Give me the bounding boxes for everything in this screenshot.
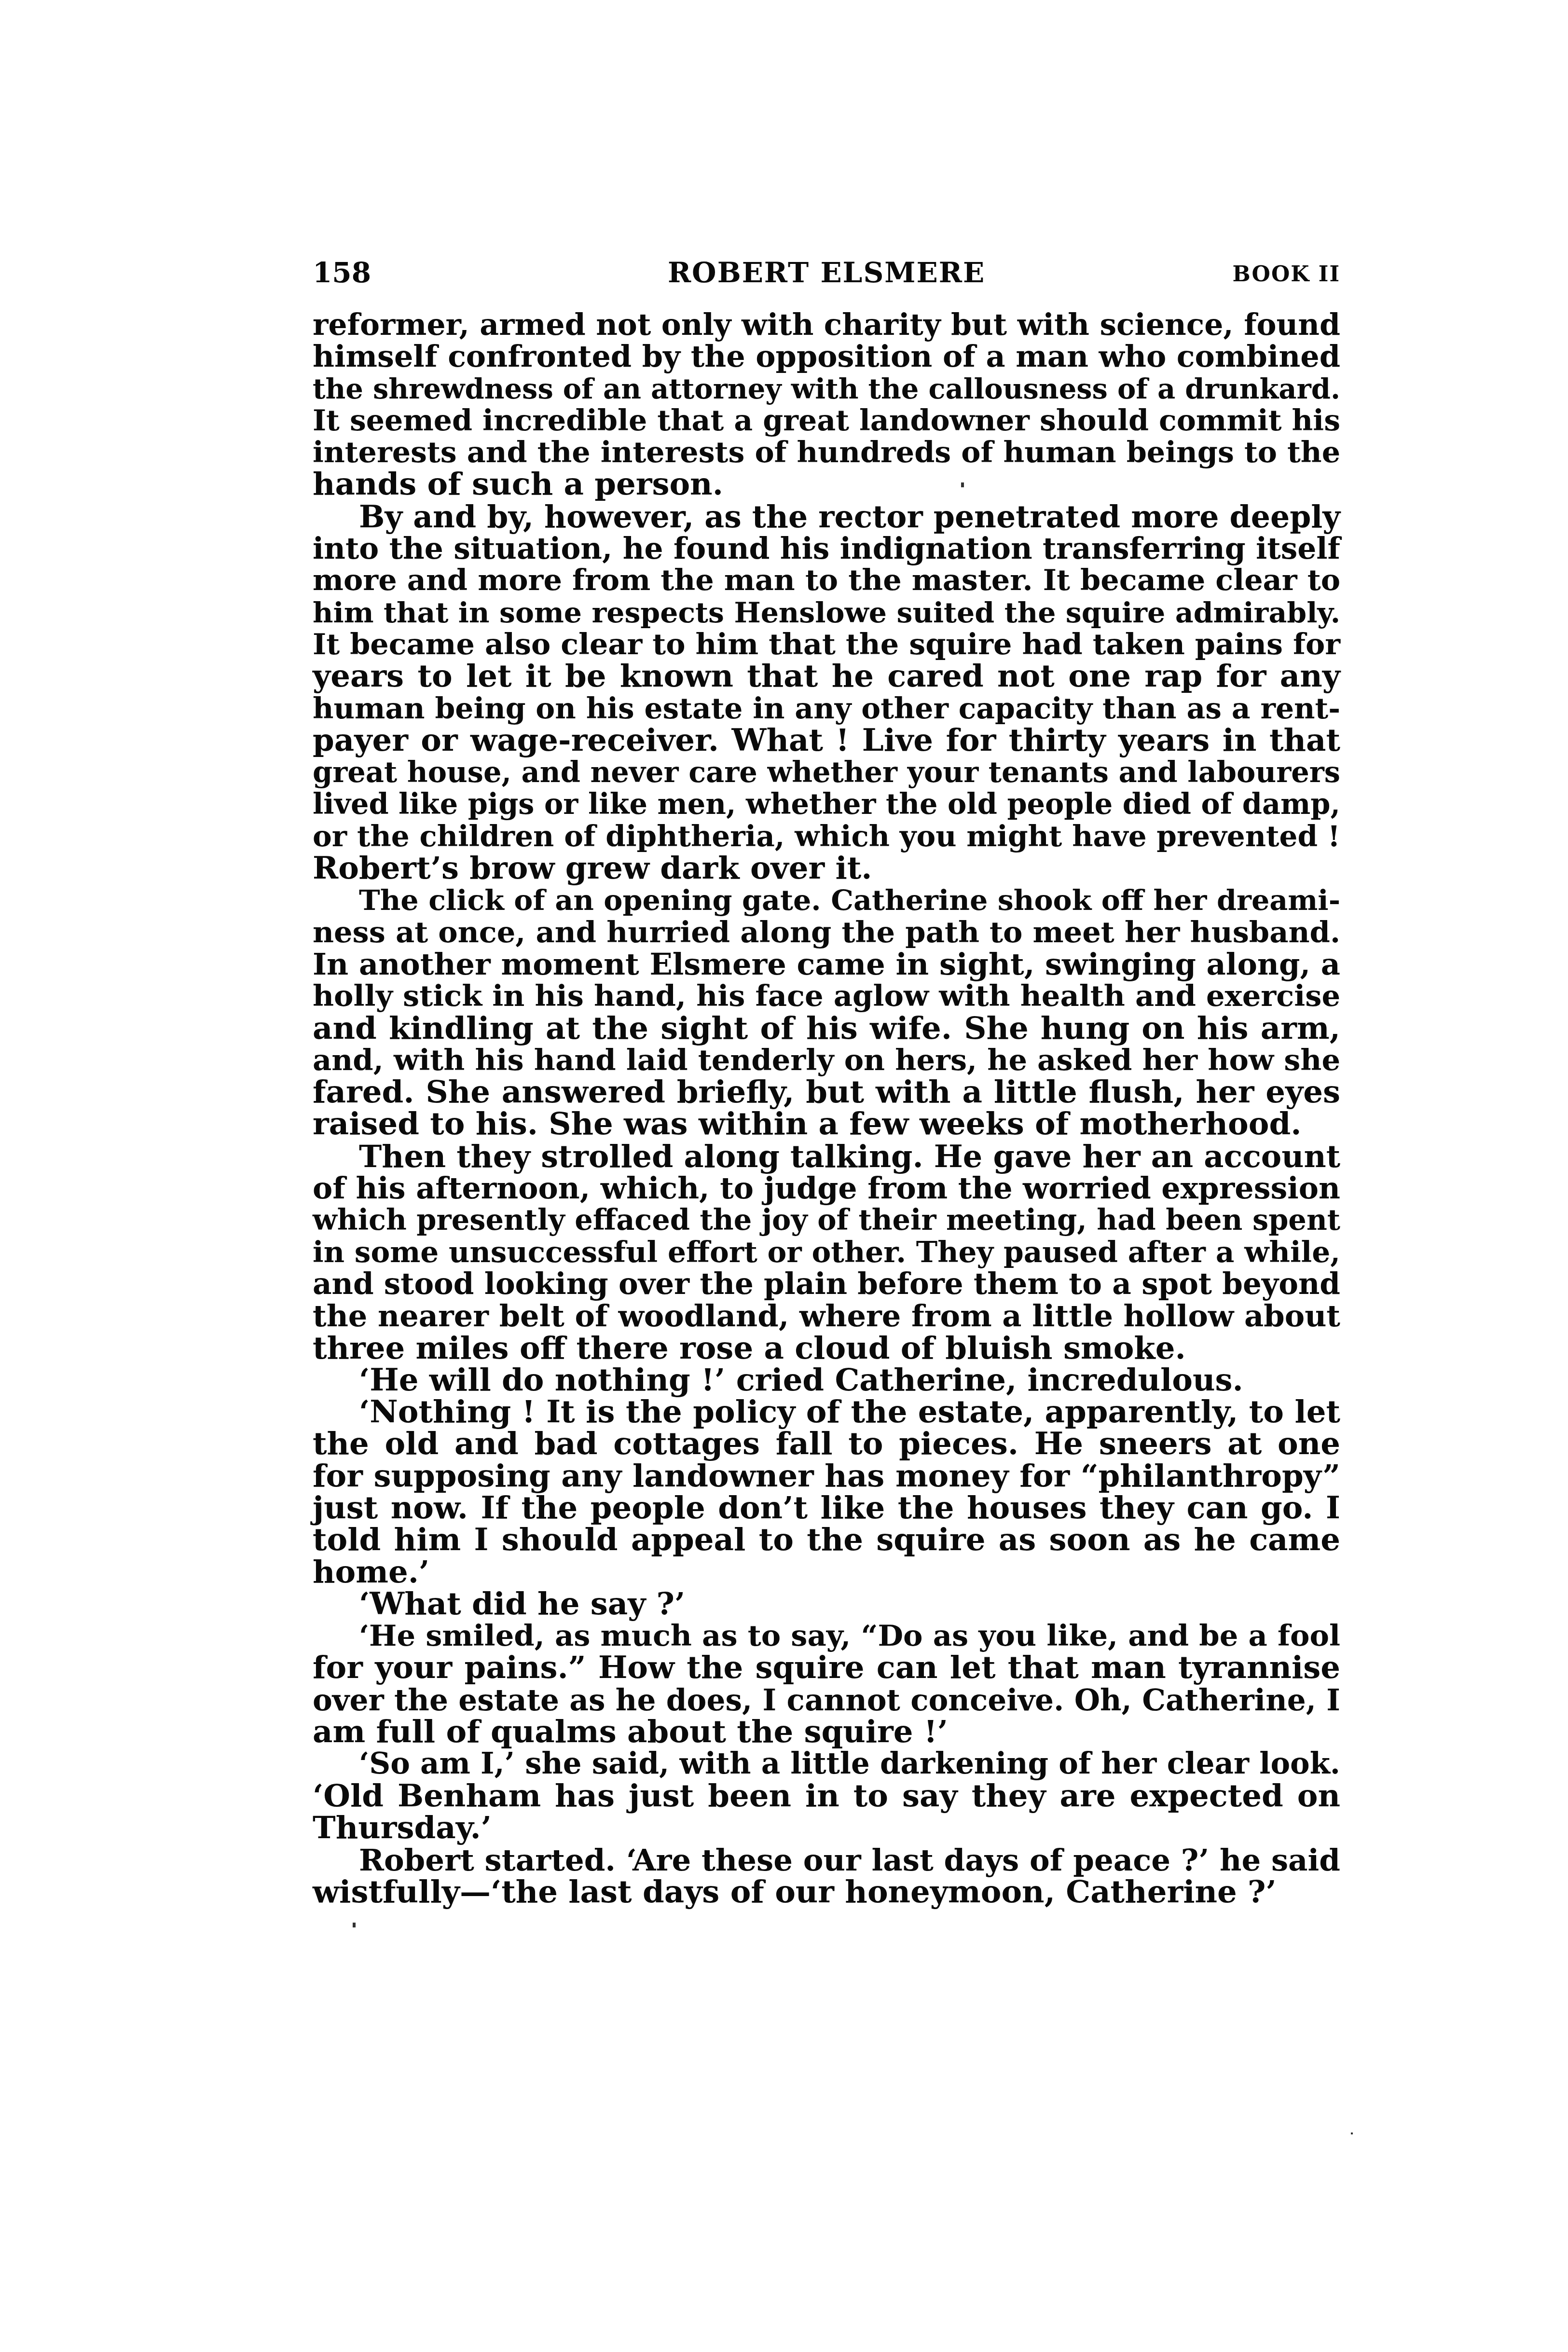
text-line: raised to his. She was within a few week… (313, 1108, 1340, 1140)
text-line: into the situation, he found his indigna… (313, 533, 1340, 564)
text-line: ‘He will do nothing !’ cried Catherine, … (313, 1364, 1340, 1396)
text-line: fared. She answered briefly, but with a … (313, 1076, 1340, 1108)
text-line: or the children of diphtheria, which you… (313, 821, 1340, 853)
text-line: in some unsuccessful effort or other. Th… (313, 1237, 1340, 1268)
text-line: By and by, however, as the rector penetr… (313, 501, 1340, 533)
text-line: ness at once, and hurried along the path… (313, 917, 1340, 949)
text-line: reformer, armed not only with charity bu… (313, 309, 1340, 341)
text-line: of his afternoon, which, to judge from t… (313, 1172, 1340, 1204)
text-line: wistfully—‘the last days of our honeymoo… (313, 1876, 1340, 1908)
text-line: for supposing any landowner has money fo… (313, 1460, 1340, 1492)
text-line: which presently effaced the joy of their… (313, 1204, 1340, 1236)
text-line: years to let it be known that he cared n… (313, 660, 1340, 692)
text-line: three miles off there rose a cloud of bl… (313, 1333, 1340, 1364)
text-line: home.’ (313, 1556, 1340, 1588)
text-line: and, with his hand laid tenderly on hers… (313, 1045, 1340, 1076)
text-line: In another moment Elsmere came in sight,… (313, 949, 1340, 980)
text-line: ‘He smiled, as much as to say, “Do as yo… (313, 1620, 1340, 1652)
book-title: ROBERT ELSMERE (313, 256, 1340, 289)
text-line: great house, and never care whether your… (313, 756, 1340, 788)
text-line: the nearer belt of woodland, where from … (313, 1300, 1340, 1332)
book-page: 158 ROBERT ELSMERE BOOK II reformer, arm… (0, 0, 1568, 2352)
text-line: and kindling at the sight of his wife. S… (313, 1013, 1340, 1045)
scan-speck (961, 482, 964, 487)
text-line: interests and the interests of hundreds … (313, 437, 1340, 468)
scan-speck (1351, 2132, 1353, 2134)
text-line: ‘So am I,’ she said, with a little darke… (313, 1748, 1340, 1780)
text-line: and stood looking over the plain before … (313, 1268, 1340, 1300)
text-line: Then they strolled along talking. He gav… (313, 1141, 1340, 1172)
text-line: ‘Nothing ! It is the policy of the estat… (313, 1396, 1340, 1428)
text-line: lived like pigs or like men, whether the… (313, 788, 1340, 820)
scan-speck (353, 1923, 356, 1927)
text-line: The click of an opening gate. Catherine … (313, 884, 1340, 916)
text-line: the old and bad cottages fall to pieces.… (313, 1428, 1340, 1460)
text-line: just now. If the people don’t like the h… (313, 1492, 1340, 1524)
text-line: Robert started. ‘Are these our last days… (313, 1844, 1340, 1876)
book-section: BOOK II (1233, 258, 1340, 291)
body-text: reformer, armed not only with charity bu… (313, 309, 1340, 1908)
text-line: It seemed incredible that a great landow… (313, 405, 1340, 437)
text-line: payer or wage-receiver. What ! Live for … (313, 725, 1340, 756)
running-head: 158 ROBERT ELSMERE BOOK II (313, 256, 1340, 289)
text-line: himself confronted by the opposition of … (313, 341, 1340, 372)
text-line: for your pains.” How the squire can let … (313, 1652, 1340, 1684)
text-line: told him I should appeal to the squire a… (313, 1524, 1340, 1556)
text-line: more and more from the man to the master… (313, 564, 1340, 596)
text-line: holly stick in his hand, his face aglow … (313, 980, 1340, 1012)
text-line: ‘Old Benham has just been in to say they… (313, 1780, 1340, 1812)
text-line: over the estate as he does, I cannot con… (313, 1684, 1340, 1716)
text-line: him that in some respects Henslowe suite… (313, 597, 1340, 629)
text-line: Thursday.’ (313, 1812, 1340, 1844)
text-line: the shrewdness of an attorney with the c… (313, 373, 1340, 405)
text-line: hands of such a person. (313, 468, 1340, 500)
text-line: Robert’s brow grew dark over it. (313, 853, 1340, 884)
text-line: human being on his estate in any other c… (313, 693, 1340, 725)
text-line: am full of qualms about the squire !’ (313, 1716, 1340, 1748)
text-line: ‘What did he say ?’ (313, 1588, 1340, 1620)
text-line: It became also clear to him that the squ… (313, 629, 1340, 660)
